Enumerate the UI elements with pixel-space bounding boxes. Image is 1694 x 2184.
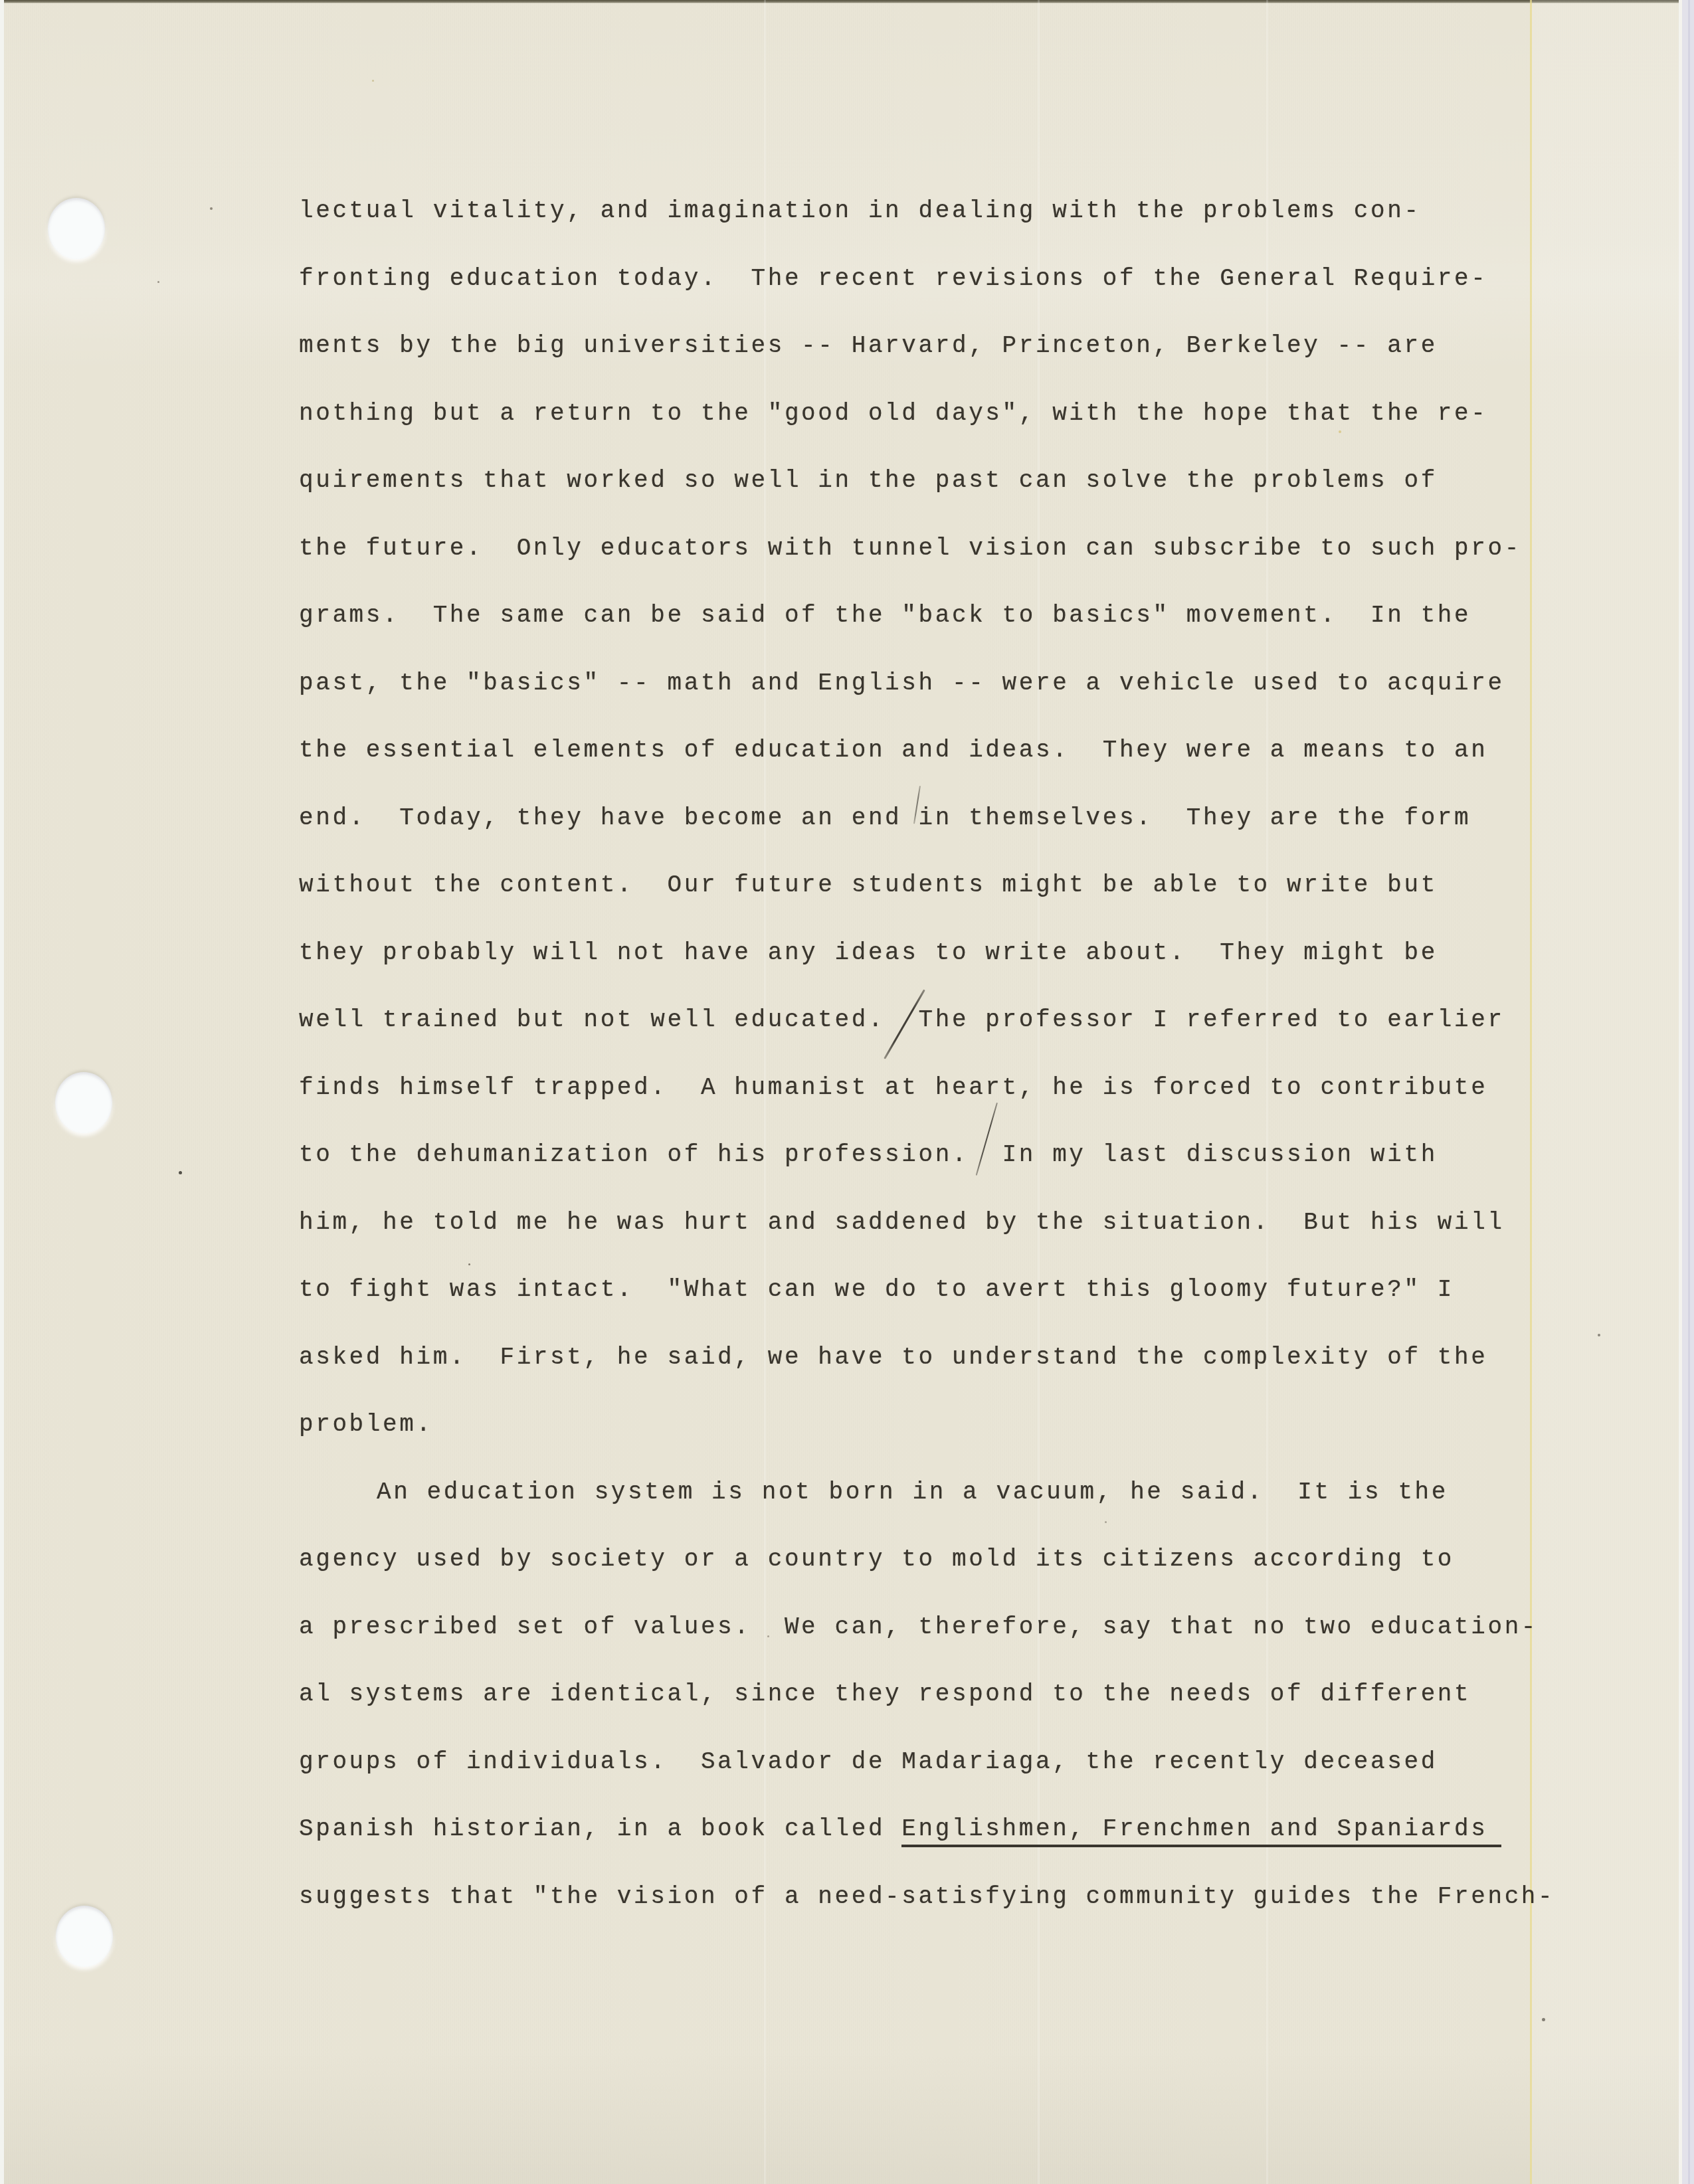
hole-punch xyxy=(56,1906,113,1967)
typed-line-19: problem. xyxy=(299,1391,1601,1459)
ink-speck xyxy=(468,1263,470,1265)
typed-line-2: fronting education today. The recent rev… xyxy=(299,245,1601,313)
ink-speck xyxy=(1542,2018,1545,2021)
typed-line-17: to fight was intact. "What can we do to … xyxy=(299,1256,1601,1324)
typed-line-21: agency used by society or a country to m… xyxy=(299,1526,1601,1593)
scanner-background-strip xyxy=(1679,0,1694,2184)
ink-speck xyxy=(1339,430,1341,433)
typed-line-20: An education system is not born in a vac… xyxy=(299,1459,1601,1526)
typed-line-11: without the content. Our future students… xyxy=(299,852,1601,919)
typed-line-8: past, the "basics" -- math and English -… xyxy=(299,650,1601,717)
ink-speck xyxy=(210,207,213,210)
hole-punch xyxy=(48,198,105,259)
typed-line-26: suggests that "the vision of a need-sati… xyxy=(299,1863,1601,1931)
typed-line-22: a prescribed set of values. We can, ther… xyxy=(299,1593,1601,1661)
typed-line-24: groups of individuals. Salvador de Madar… xyxy=(299,1728,1601,1796)
typed-line-10: end. Today, they have become an end in t… xyxy=(299,784,1601,852)
typed-line-3: ments by the big universities -- Harvard… xyxy=(299,312,1601,380)
ink-speck xyxy=(767,1635,769,1637)
typed-line-23: al systems are identical, since they res… xyxy=(299,1661,1601,1728)
typed-line-5: quirements that worked so well in the pa… xyxy=(299,447,1601,515)
typed-line-6: the future. Only educators with tunnel v… xyxy=(299,515,1601,583)
typed-line-9: the essential elements of education and … xyxy=(299,717,1601,784)
typed-line-25: Spanish historian, in a book called Engl… xyxy=(299,1795,1601,1863)
ink-speck xyxy=(1598,1334,1600,1336)
page-top-edge xyxy=(4,0,1679,3)
typed-line-16: him, he told me he was hurt and saddened… xyxy=(299,1189,1601,1257)
typewritten-text: lectual vitality, and imagination in dea… xyxy=(299,177,1601,1930)
typed-line-4: nothing but a return to the "good old da… xyxy=(299,380,1601,448)
scanned-page: lectual vitality, and imagination in dea… xyxy=(4,0,1679,2184)
hole-punch xyxy=(55,1072,112,1133)
typed-line-7: grams. The same can be said of the "back… xyxy=(299,582,1601,650)
typed-line-13: well trained but not well educated. The … xyxy=(299,986,1601,1054)
typed-line-15: to the dehumanization of his profession.… xyxy=(299,1121,1601,1189)
ink-speck xyxy=(372,80,374,82)
typed-text-run: Spanish historian, in a book called xyxy=(299,1815,901,1843)
ink-speck xyxy=(1105,1521,1107,1523)
ink-speck xyxy=(179,1171,182,1174)
typed-line-14: finds himself trapped. A humanist at hea… xyxy=(299,1054,1601,1122)
typed-line-1: lectual vitality, and imagination in dea… xyxy=(299,177,1601,245)
book-title-underlined: Englishmen, Frenchmen and Spaniards xyxy=(901,1815,1501,1847)
typed-line-12: they probably will not have any ideas to… xyxy=(299,919,1601,987)
typed-line-18: asked him. First, he said, we have to un… xyxy=(299,1324,1601,1392)
ink-speck xyxy=(157,281,159,283)
